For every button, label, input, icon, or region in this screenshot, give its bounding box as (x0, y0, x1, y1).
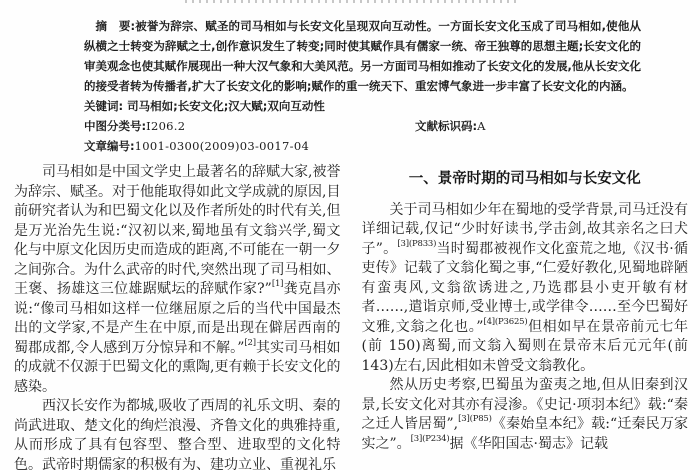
doc-code-label: 文献标识码: (415, 119, 477, 133)
front-matter: 摘 要:被誉为辞宗、赋圣的司马相如与长安文化呈现双向互动性。一方面长安文化玉成了… (84, 16, 641, 156)
clc-value: I206.2 (146, 119, 185, 133)
left-paragraph-2: 西汉长安作为都城,吸收了西周的礼乐文明、秦的尚武进取、楚文化的绚烂浪漫、齐鲁文化… (14, 397, 341, 470)
article-number-row: 文章编号:1001-0300(2009)03-0017-04 (84, 136, 641, 156)
left-column: 司马相如是中国文学史上最著名的辞赋大家,被誉为辞宗、赋圣。对于他能取得如此文学成… (14, 163, 341, 470)
classification-row: 中图分类号:I206.2文献标识码:A (84, 116, 641, 136)
abstract: 摘 要:被誉为辞宗、赋圣的司马相如与长安文化呈现双向互动性。一方面长安文化玉成了… (84, 16, 641, 96)
doc-code: 文献标识码:A (415, 119, 486, 133)
clc-label: 中图分类号: (84, 119, 146, 133)
abstract-label: 摘 要: (96, 19, 136, 33)
article-no-label: 文章编号: (84, 139, 135, 153)
doc-code-value: A (477, 119, 486, 133)
left-paragraph-1: 司马相如是中国文学史上最著名的辞赋大家,被誉为辞宗、赋圣。对于他能取得如此文学成… (14, 163, 341, 397)
abstract-text: 被誉为辞宗、赋圣的司马相如与长安文化呈现双向互动性。一方面长安文化玉成了司马相如… (84, 19, 641, 93)
article-no-value: 1001-0300(2009)03-0017-04 (135, 139, 309, 153)
paper-page: 摘 要:被誉为辞宗、赋圣的司马相如与长安文化呈现双向互动性。一方面长安文化玉成了… (0, 0, 700, 470)
section-heading: 一、景帝时期的司马相如与长安文化 (362, 170, 689, 190)
clipped-author-affiliation-line (185, 0, 517, 3)
body-columns: 司马相如是中国文学史上最著名的辞赋大家,被誉为辞宗、赋圣。对于他能取得如此文学成… (14, 163, 688, 470)
keywords-text: 司马相如;长安文化;汉大赋;双向互动性 (123, 99, 325, 113)
keywords-label: 关键词: (84, 99, 123, 113)
keywords: 关键词: 司马相如;长安文化;汉大赋;双向互动性 (84, 96, 641, 116)
right-column: 一、景帝时期的司马相如与长安文化 关于司马相如少年在蜀地的受学背景,司马迁没有详… (362, 163, 689, 470)
right-paragraph-2: 然从历史考察,巴蜀虽为蛮夷之地,但从旧秦到汉景,长安文化对其亦有浸渗。《史记·项… (362, 376, 689, 454)
right-paragraph-1: 关于司马相如少年在蜀地的受学背景,司马迁没有详细记载,仅记“少时好读书,学击剑,… (362, 201, 689, 377)
clc-number: 中图分类号:I206.2 (84, 116, 415, 136)
